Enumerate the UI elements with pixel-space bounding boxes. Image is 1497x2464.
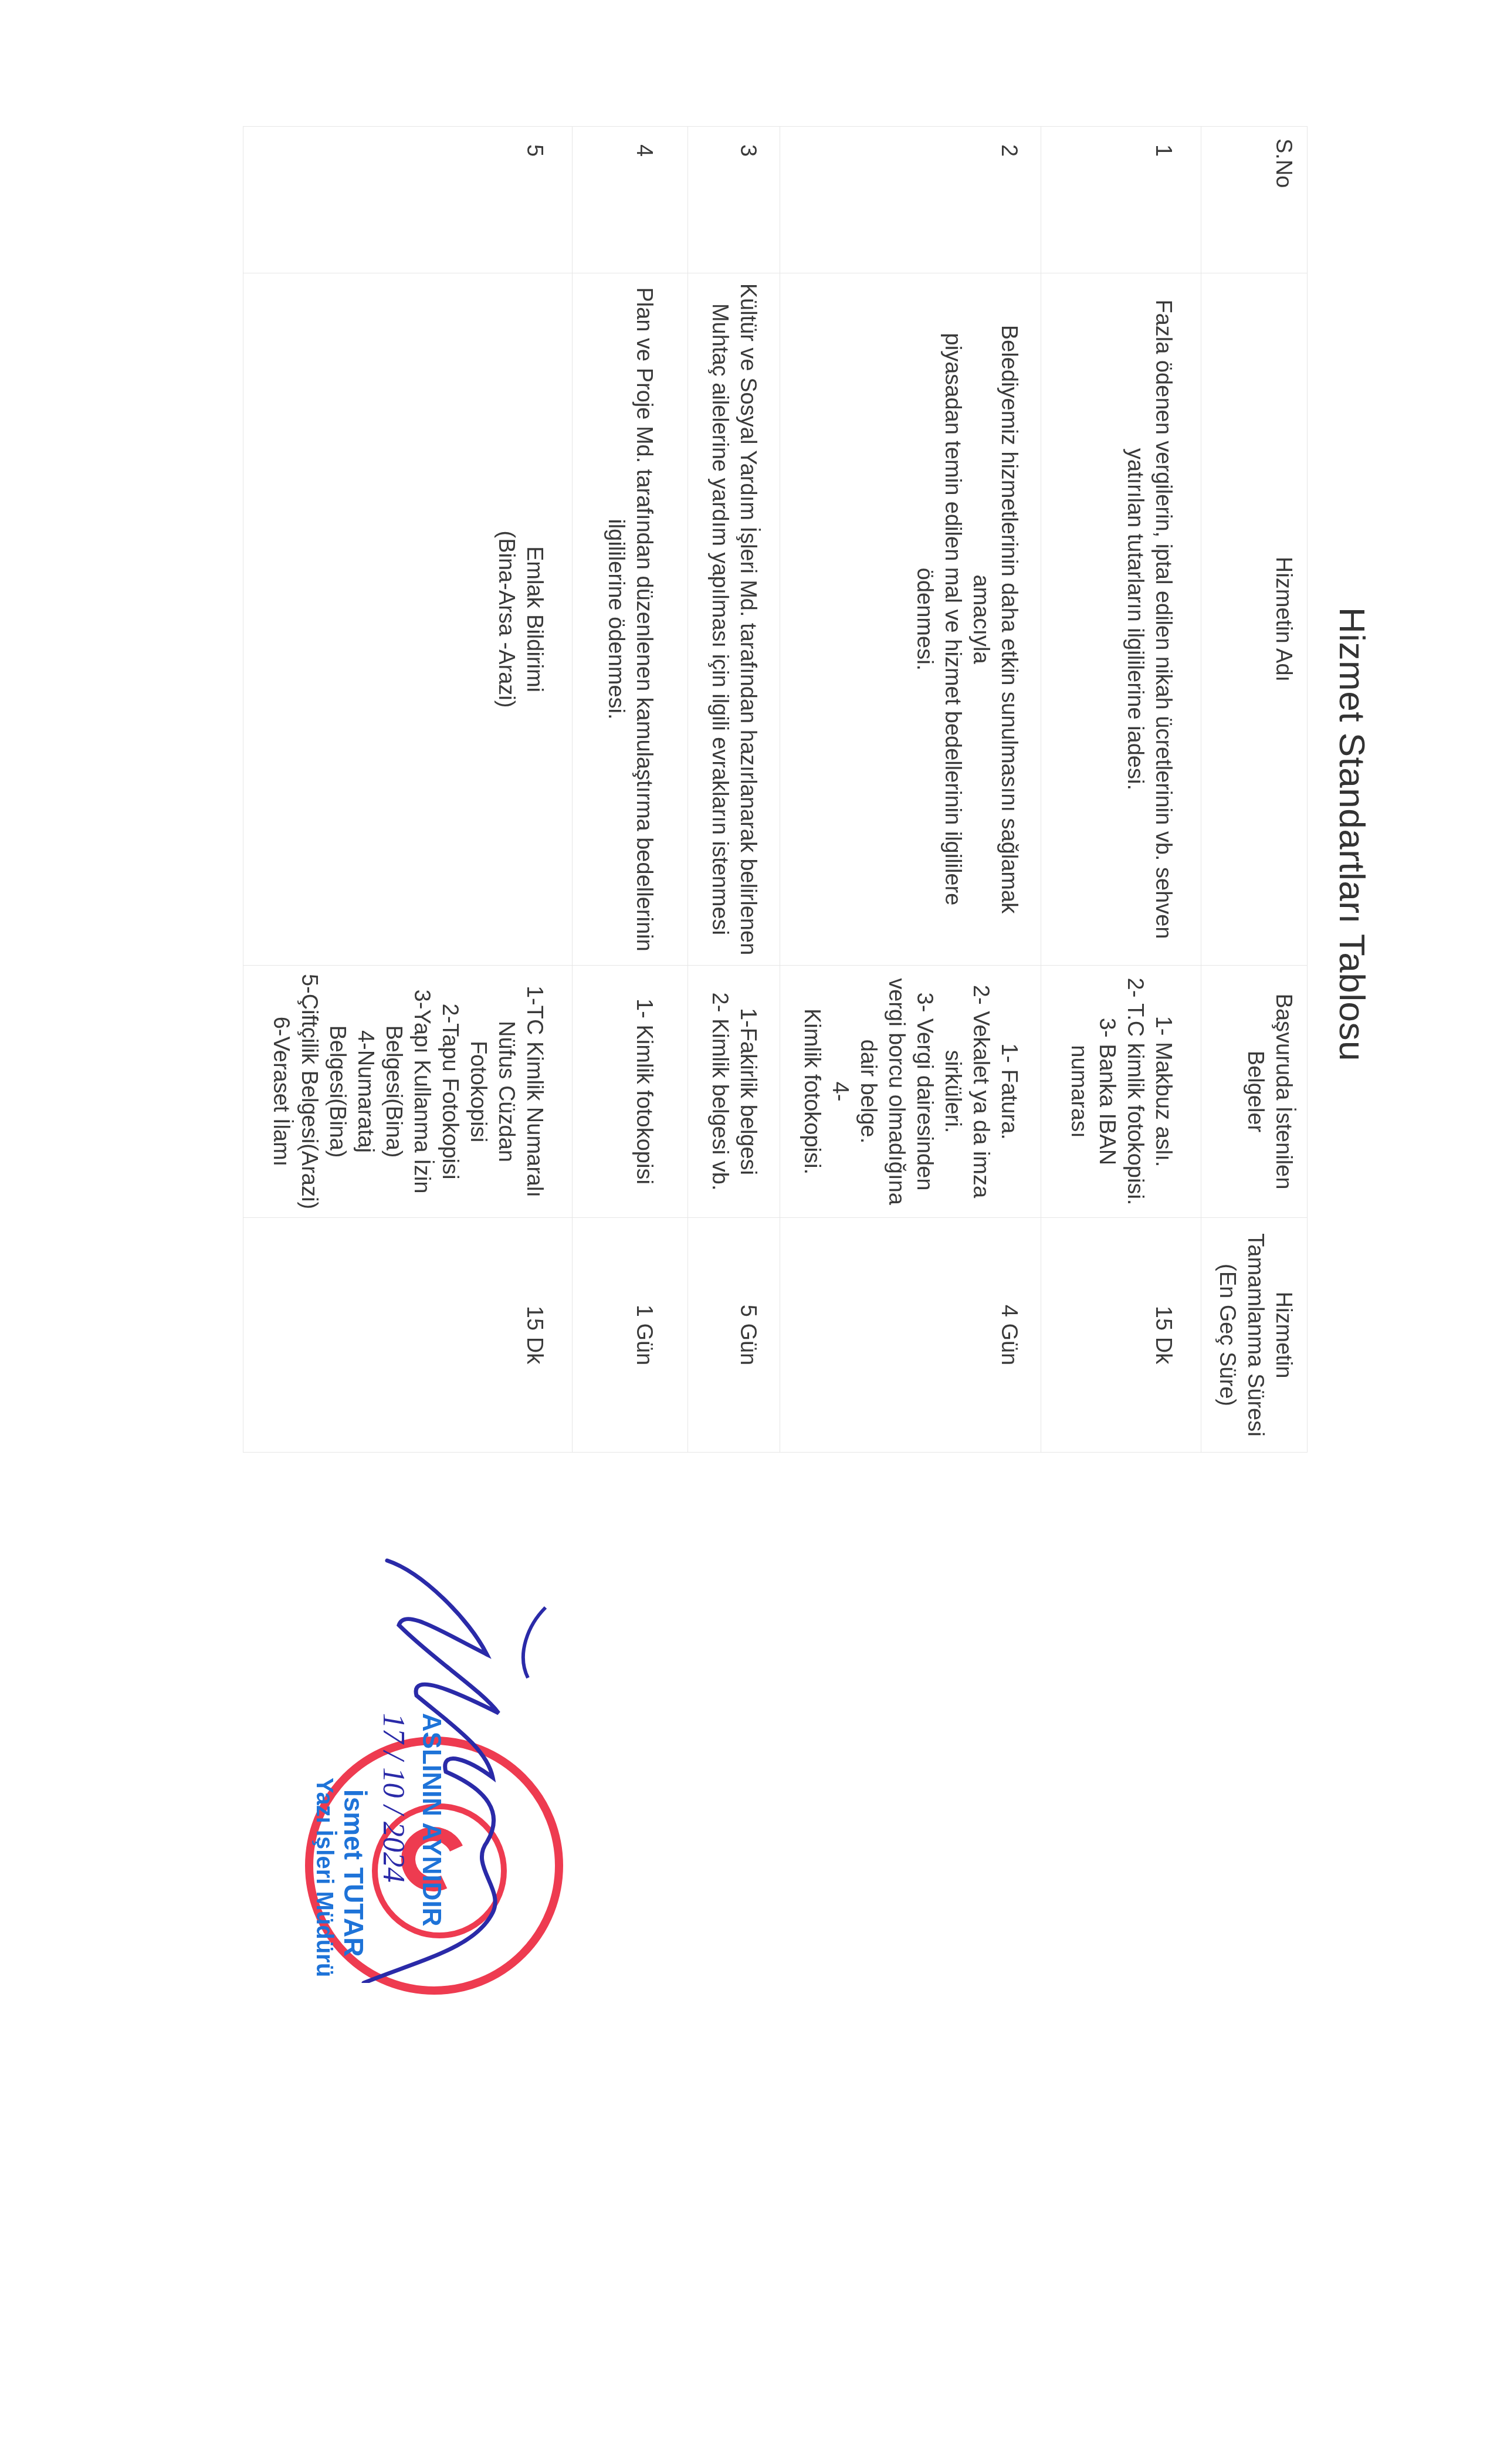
completion-time-cell: 15 Dk <box>1041 1218 1201 1453</box>
document-item: sirküleri. <box>939 972 967 1211</box>
document-item: vergi borcu olmadığına <box>882 972 910 1211</box>
document-item: Belgesi(Bina) <box>380 972 408 1211</box>
document-item: 2- Kimlik belgesi vb. <box>706 972 734 1211</box>
service-name-line: ilgililerine ödenmesi. <box>602 279 630 959</box>
required-documents-cell: 1- Makbuz aslı.2- T.C kimlik fotokopisi.… <box>1041 966 1201 1218</box>
document-item: dair belge. <box>854 972 882 1211</box>
service-name-line: (Bina-Arsa -Arazi) <box>492 279 520 959</box>
table-row: 2Belediyemiz hizmetlerinin daha etkin su… <box>780 127 1041 1453</box>
certifier-name: İsmet TUTAR <box>338 1789 370 1957</box>
service-name-line: Plan ve Proje Md. tarafından düzenlenen … <box>630 279 658 959</box>
service-name-cell: Emlak Bildirimi(Bina-Arsa -Arazi) <box>243 273 573 966</box>
official-seal <box>305 1737 563 1995</box>
required-documents-cell: 1-TC Kimlik NumaralıNüfus CüzdanFotokopi… <box>243 966 573 1218</box>
crescent-star-emblem-icon <box>392 1818 475 1901</box>
document-item: 1- Makbuz aslı. <box>1149 972 1177 1211</box>
column-header-required-documents: Başvuruda İstenilen Belgeler <box>1201 966 1308 1218</box>
service-name-line: Kültür ve Sosyal Yardım İşleri Md. taraf… <box>734 279 762 959</box>
table-row: 3Kültür ve Sosyal Yardım İşleri Md. tara… <box>688 127 780 1453</box>
document-item: 3- Banka IBAN <box>1093 972 1121 1211</box>
column-header-completion-time: Hizmetin Tamamlanma Süresi (En Geç Süre) <box>1201 1218 1308 1453</box>
document-item: 1- Fatura. <box>995 972 1023 1211</box>
certified-copy-label: ASLININ AYNIDIR <box>416 1713 446 1948</box>
document-item: 2- T.C kimlik fotokopisi. <box>1121 972 1149 1211</box>
document-item: 4-Numarataj <box>351 972 380 1211</box>
signature-icon <box>352 1537 645 1983</box>
service-name-cell: Kültür ve Sosyal Yardım İşleri Md. taraf… <box>688 273 780 966</box>
document-item: 5-Çiftçilik Belgesi(Arazi) <box>295 972 323 1211</box>
row-number: 2 <box>780 127 1041 273</box>
document-item: 4- <box>826 972 854 1211</box>
document-item: Belgesi(Bina) <box>323 972 351 1211</box>
row-number: 3 <box>688 127 780 273</box>
required-documents-cell: 1-Fakirlik belgesi2- Kimlik belgesi vb. <box>688 966 780 1218</box>
required-documents-cell: 1- Kimlik fotokopisi <box>573 966 688 1218</box>
completion-time-cell: 15 Dk <box>243 1218 573 1453</box>
row-number: 4 <box>573 127 688 273</box>
document-item: 1- Kimlik fotokopisi <box>630 972 658 1211</box>
completion-time-cell: 4 Gün <box>780 1218 1041 1453</box>
document-item: 3- Vergi dairesinden <box>910 972 939 1211</box>
required-documents-cell: 1- Fatura.2- Vekalet ya da imzasirküleri… <box>780 966 1041 1218</box>
document-item: 2- Vekalet ya da imza <box>967 972 995 1211</box>
service-name-line: Muhtaç ailelerine yardım yapılması için … <box>706 279 734 959</box>
service-name-line: piyasadan temin edilen mal ve hizmet bed… <box>910 279 967 959</box>
service-name-line: Emlak Bildirimi <box>520 279 548 959</box>
service-name-line: yatırılan tutarların ilgililerine iadesi… <box>1121 279 1149 959</box>
service-name-cell: Plan ve Proje Md. tarafından düzenlenen … <box>573 273 688 966</box>
document-item: Fotokopisi <box>464 972 492 1211</box>
completion-time-cell: 1 Gün <box>573 1218 688 1453</box>
service-name-cell: Fazla ödenen vergilerin, iptal edilen ni… <box>1041 273 1201 966</box>
certification-date: 17 / 10 / 2024 <box>376 1713 411 1883</box>
document-title: Hizmet Standartları Tablosu <box>1331 126 1373 1452</box>
document-item: numarası <box>1065 972 1093 1211</box>
seal-inner-ring <box>372 1803 507 1938</box>
table-row: 5Emlak Bildirimi(Bina-Arsa -Arazi)1-TC K… <box>243 127 573 1453</box>
rotated-document-page: Hizmet Standartları Tablosu S.No Hizmeti… <box>82 126 1373 1452</box>
table-row: 4Plan ve Proje Md. tarafından düzenlenen… <box>573 127 688 1453</box>
document-item: 6-Veraset İlamı <box>267 972 295 1211</box>
document-item: 1-Fakirlik belgesi <box>734 972 762 1211</box>
service-name-line: Fazla ödenen vergilerin, iptal edilen ni… <box>1149 279 1177 959</box>
service-name-line: Belediyemiz hizmetlerinin daha etkin sun… <box>967 279 1023 959</box>
service-name-cell: Belediyemiz hizmetlerinin daha etkin sun… <box>780 273 1041 966</box>
certifier-position: Yazı İşleri Müdürü <box>311 1778 337 1977</box>
row-number: 5 <box>243 127 573 273</box>
document-item: Kimlik fotokopisi. <box>798 972 826 1211</box>
document-item: 2-Tapu Fotokopisi <box>436 972 464 1211</box>
document-item: 3-Yapı Kullanma İzin <box>408 972 436 1211</box>
service-standards-table: S.No Hizmetin Adı Başvuruda İstenilen Be… <box>243 126 1308 1453</box>
document-item: 1-TC Kimlik Numaralı <box>520 972 548 1211</box>
document-item: Nüfus Cüzdan <box>492 972 520 1211</box>
row-number: 1 <box>1041 127 1201 273</box>
column-header-sno: S.No <box>1201 127 1308 273</box>
column-header-service-name: Hizmetin Adı <box>1201 273 1308 966</box>
table-header-row: S.No Hizmetin Adı Başvuruda İstenilen Be… <box>1201 127 1308 1453</box>
table-row: 1Fazla ödenen vergilerin, iptal edilen n… <box>1041 127 1201 1453</box>
completion-time-cell: 5 Gün <box>688 1218 780 1453</box>
